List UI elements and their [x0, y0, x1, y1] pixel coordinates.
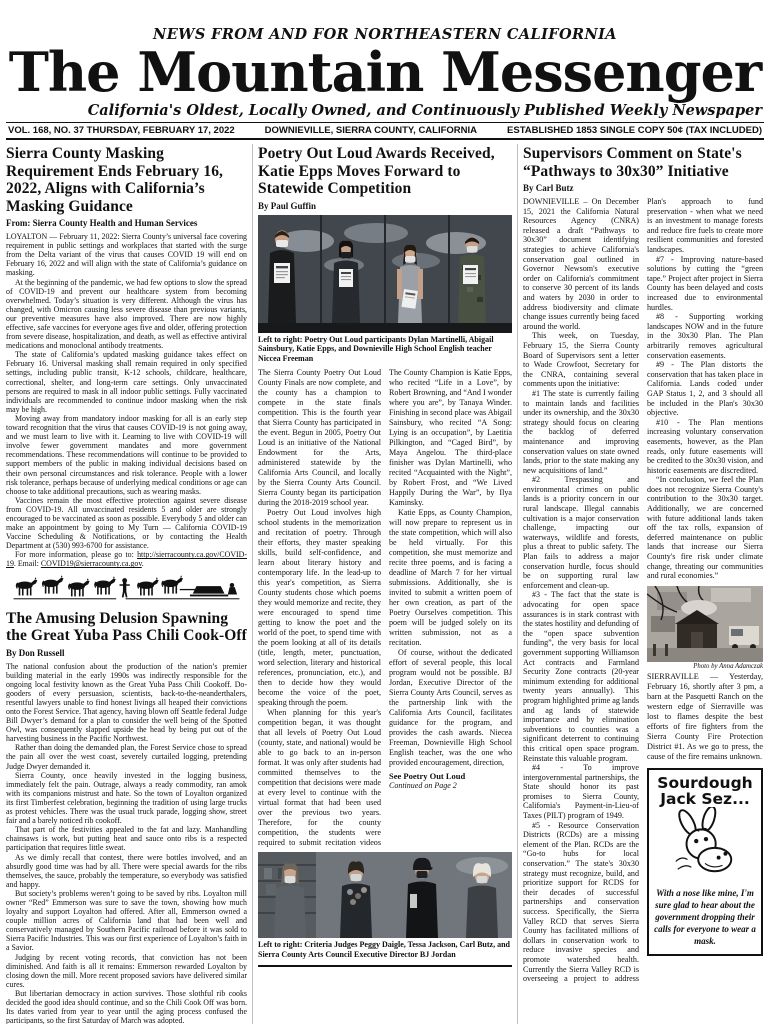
paragraph: #2 Trespassing and environmental crimes …: [523, 475, 639, 590]
article-supervisors: Supervisors Comment on State's “Pathways…: [523, 145, 764, 985]
fire-photo-credit: Photo by Anna Adamczak: [647, 663, 763, 670]
paragraph: #4 - To improve intergovernmental partne…: [523, 763, 639, 821]
poetry-photo2-block: Left to right: Criteria Judges Peggy Dai…: [258, 852, 512, 966]
chili-headline: The Amusing Delusion Spawning the Great …: [6, 610, 247, 645]
barn-fire-photo: [647, 586, 763, 662]
paragraph: Poetry Out Loud involves high school stu…: [258, 508, 381, 708]
paragraph: “In conclusion, we feel the Plan does no…: [647, 475, 763, 581]
paragraph: Of course, without the dedicated effort …: [389, 648, 512, 768]
chili-body: The national confusion about the product…: [6, 662, 247, 1024]
poetry-judges-photo: [258, 852, 512, 938]
kneeling-figure: [228, 583, 237, 595]
more-info-suffix: .: [142, 559, 144, 568]
issue-location: DOWNIEVILLE, SIERRA COUNTY, CALIFORNIA: [265, 125, 477, 136]
paragraph: #9 - The Plan distorts the conservation …: [647, 360, 763, 418]
poetry-see-note: See Poetry Out Loud: [389, 771, 512, 781]
supervisors-subcolumn-right-text: Plan's approach to fund preservation - w…: [647, 197, 763, 581]
paragraph: The state of California’s updated maskin…: [6, 350, 247, 414]
middle-column: Poetry Out Loud Awards Received, Katie E…: [252, 144, 518, 1024]
supervisors-body: DOWNIEVILLE – On December 15, 2021 the C…: [523, 197, 764, 985]
horse-team-icon: [6, 574, 247, 602]
poetry-byline: By Paul Guffin: [258, 201, 512, 211]
paragraph: At the beginning of the pandemic, we had…: [6, 278, 247, 351]
newspaper-title: The Mountain Messenger: [6, 45, 764, 100]
issue-volume-date: VOL. 168, NO. 37 THURSDAY, FEBRUARY 17, …: [8, 125, 235, 136]
paragraph: Rather than doing the demanded plan, the…: [6, 743, 247, 770]
article-masking: Sierra County Masking Requirement Ends F…: [6, 145, 247, 568]
paragraph: But society’s problems weren’t going to …: [6, 889, 247, 953]
poetry-subcolumn-left: The Sierra County Poetry Out Loud County…: [258, 368, 381, 848]
front-page-columns: Sierra County Masking Requirement Ends F…: [6, 144, 764, 1024]
masking-body: LOYALTON — February 11, 2022: Sierra Cou…: [6, 232, 247, 550]
paragraph: DOWNIEVILLE – On December 15, 2021 the C…: [523, 197, 639, 331]
supervisors-subcolumn-left: DOWNIEVILLE – On December 15, 2021 the C…: [523, 197, 639, 985]
poetry-subcolumn-right: The County Champion is Katie Epps, who r…: [389, 368, 512, 848]
masthead-tagline: California's Oldest, Locally Owned, and …: [6, 102, 764, 119]
poetry-photo2-caption: Left to right: Criteria Judges Peggy Dai…: [258, 940, 512, 959]
paragraph: Plan's approach to fund preservation - w…: [647, 197, 763, 255]
paragraph: #8 - Supporting working landscapes NOW a…: [647, 312, 763, 360]
poetry-winners-photo: [258, 215, 512, 333]
left-column: Sierra County Masking Requirement Ends F…: [6, 144, 252, 1024]
paragraph: Sierra County, once heavily invested in …: [6, 771, 247, 826]
issue-info-bar: VOL. 168, NO. 37 THURSDAY, FEBRUARY 17, …: [6, 122, 764, 140]
sled-shape: [190, 586, 228, 596]
poetry-continued-note: Continued on Page 2: [389, 781, 512, 790]
paragraph: Moving away from mandatory indoor maskin…: [6, 414, 247, 496]
article-chili: The Amusing Delusion Spawning the Great …: [6, 610, 247, 1024]
teamster-figure: [120, 578, 130, 597]
paragraph: Vaccines remain the most effective prote…: [6, 496, 247, 551]
masking-headline: Sierra County Masking Requirement Ends F…: [6, 145, 247, 215]
right-column: Supervisors Comment on State's “Pathways…: [518, 144, 764, 1024]
sourdough-jack-box: Sourdough Jack Sez...: [647, 768, 763, 957]
paragraph: The County Champion is Katie Epps, who r…: [389, 368, 512, 508]
paragraph: #7 - Improving nature-based solutions by…: [647, 255, 763, 313]
article-poetry: Poetry Out Loud Awards Received, Katie E…: [258, 145, 512, 966]
issue-established-price: ESTABLISHED 1853 SINGLE COPY 50¢ (TAX IN…: [507, 125, 762, 136]
newspaper-front-page: NEWS FROM AND FOR NORTHEASTERN CALIFORNI…: [0, 0, 770, 1024]
poetry-subcolumn-right-text: The County Champion is Katie Epps, who r…: [389, 368, 512, 768]
paragraph: #10 - The Plan mentions increasing volun…: [647, 418, 763, 476]
more-info-prefix: For more information, please go to:: [15, 550, 137, 559]
supervisors-headline: Supervisors Comment on State's “Pathways…: [523, 145, 764, 180]
paragraph: As we dimly recall that contest, there w…: [6, 853, 247, 889]
paragraph: When planning for this year's competitio…: [258, 708, 381, 848]
poetry-photo1-caption: Left to right: Poetry Out Loud participa…: [258, 335, 512, 364]
paragraph: #5 - Resource Conservation Districts (RC…: [523, 821, 639, 985]
paragraph: Katie Epps, as County Champion, will now…: [389, 508, 512, 648]
paragraph: The national confusion about the product…: [6, 662, 247, 744]
supervisors-subcolumn-right: Plan's approach to fund preservation - w…: [647, 197, 763, 985]
chili-byline: By Don Russell: [6, 648, 247, 658]
covid-email-link[interactable]: COVID19@sierracounty.ca.gov: [41, 559, 142, 568]
paragraph: LOYALTON — February 11, 2022: Sierra Cou…: [6, 232, 247, 277]
paragraph: Judging by recent voting records, that c…: [6, 953, 247, 989]
sourdough-jack-title: Sourdough Jack Sez...: [652, 775, 758, 808]
paragraph: This week, on Tuesday, February 15, the …: [523, 331, 639, 389]
masking-byline: From: Sierra County Health and Human Ser…: [6, 218, 247, 228]
poetry-headline: Poetry Out Loud Awards Received, Katie E…: [258, 145, 512, 198]
sourdough-jack-quote: With a nose like mine, I'm sure glad to …: [652, 887, 758, 947]
horse-team-divider-graphic: [6, 574, 247, 607]
paragraph: That part of the festivities appealed to…: [6, 825, 247, 852]
paragraph: #3 - The fact that the state is advocati…: [523, 590, 639, 763]
fire-photo-caption: SIERRAVILLE — Yesterday, February 16, sh…: [647, 672, 763, 762]
supervisors-byline: By Carl Butz: [523, 183, 764, 193]
donkey-cartoon-icon: [666, 807, 744, 879]
masthead: NEWS FROM AND FOR NORTHEASTERN CALIFORNI…: [6, 26, 764, 140]
poetry-body: The Sierra County Poetry Out Loud County…: [258, 368, 512, 848]
paragraph: #1 The state is currently failing to mai…: [523, 389, 639, 475]
masking-more-info: For more information, please go to: http…: [6, 550, 247, 568]
paragraph: But libertarian democracy in action surv…: [6, 989, 247, 1024]
more-info-mid: . Email:: [14, 559, 41, 568]
paragraph: The Sierra County Poetry Out Loud County…: [258, 368, 381, 508]
